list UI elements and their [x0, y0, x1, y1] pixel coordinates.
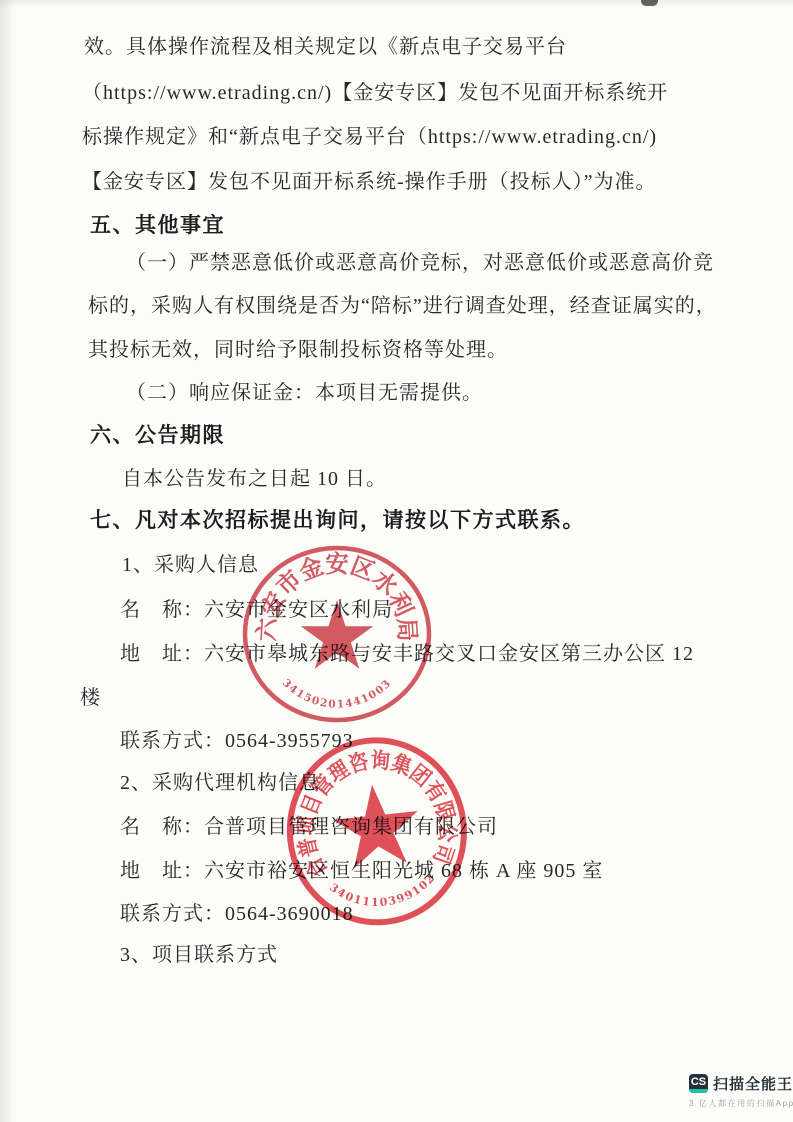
section-heading: 七、凡对本次招标提出询问，请按以下方式联系。: [90, 504, 585, 534]
text-line: 楼: [80, 681, 101, 710]
text-line: （一）严禁恶意低价或恶意高价竞标，对恶意低价或恶意高价竞: [126, 246, 714, 275]
purchaser-official-seal: 六安市金安区水利局 34150201441003: [237, 537, 437, 732]
section-heading: 五、其他事宜: [90, 209, 225, 239]
scan-edge-shadow-top: [0, 0, 793, 8]
text-line: 效。具体操作流程及相关规定以《新点电子交易平台: [84, 30, 567, 59]
text-line: 标的，采购人有权围绕是否为“陪标”进行调查处理，经查证属实的，: [88, 289, 717, 318]
section-heading: 六、公告期限: [90, 419, 225, 449]
seal-code-text: 34150201441003: [280, 677, 394, 711]
star-icon: [329, 780, 423, 870]
scan-edge-shadow-left: [0, 0, 14, 1122]
text-line: 【金安专区】发包不见面开标系统-操作手册（投标人）”为准。: [82, 165, 657, 194]
text-line: 自本公告发布之日起 10 日。: [122, 462, 387, 491]
text-line: （二）响应保证金：本项目无需提供。: [126, 376, 483, 405]
camscanner-logo-icon: CS: [689, 1074, 708, 1093]
svg-text:34150201441003: 34150201441003: [280, 677, 394, 711]
camscanner-logo-accent-strip: [689, 1089, 708, 1093]
text-line: （https://www.etrading.cn/)【金安专区】发包不见面开标系…: [82, 76, 668, 105]
text-line: 3、项目联系方式: [120, 938, 278, 967]
star-icon: [301, 600, 373, 669]
camscanner-app-name: 扫描全能王™: [713, 1073, 793, 1094]
scan-smudge-artifact: [641, 0, 658, 6]
scanned-document-page: 效。具体操作流程及相关规定以《新点电子交易平台 （https://www.etr…: [0, 0, 793, 1122]
text-line: 其投标无效，同时给予限制投标资格等处理。: [88, 333, 508, 362]
camscanner-tagline: 3 亿人都在用的扫描App: [689, 1098, 785, 1109]
text-line: 标操作规定》和“新点电子交易平台（https://www.etrading.cn…: [82, 120, 657, 149]
camscanner-logo-text: CS: [691, 1076, 706, 1088]
camscanner-app-name-text: 扫描全能王: [713, 1076, 793, 1093]
camscanner-watermark: CS 扫描全能王™ 3 亿人都在用的扫描App: [689, 1073, 785, 1109]
agency-official-seal: 合普项目管理咨询集团有限公司 3401110399102: [275, 726, 484, 940]
